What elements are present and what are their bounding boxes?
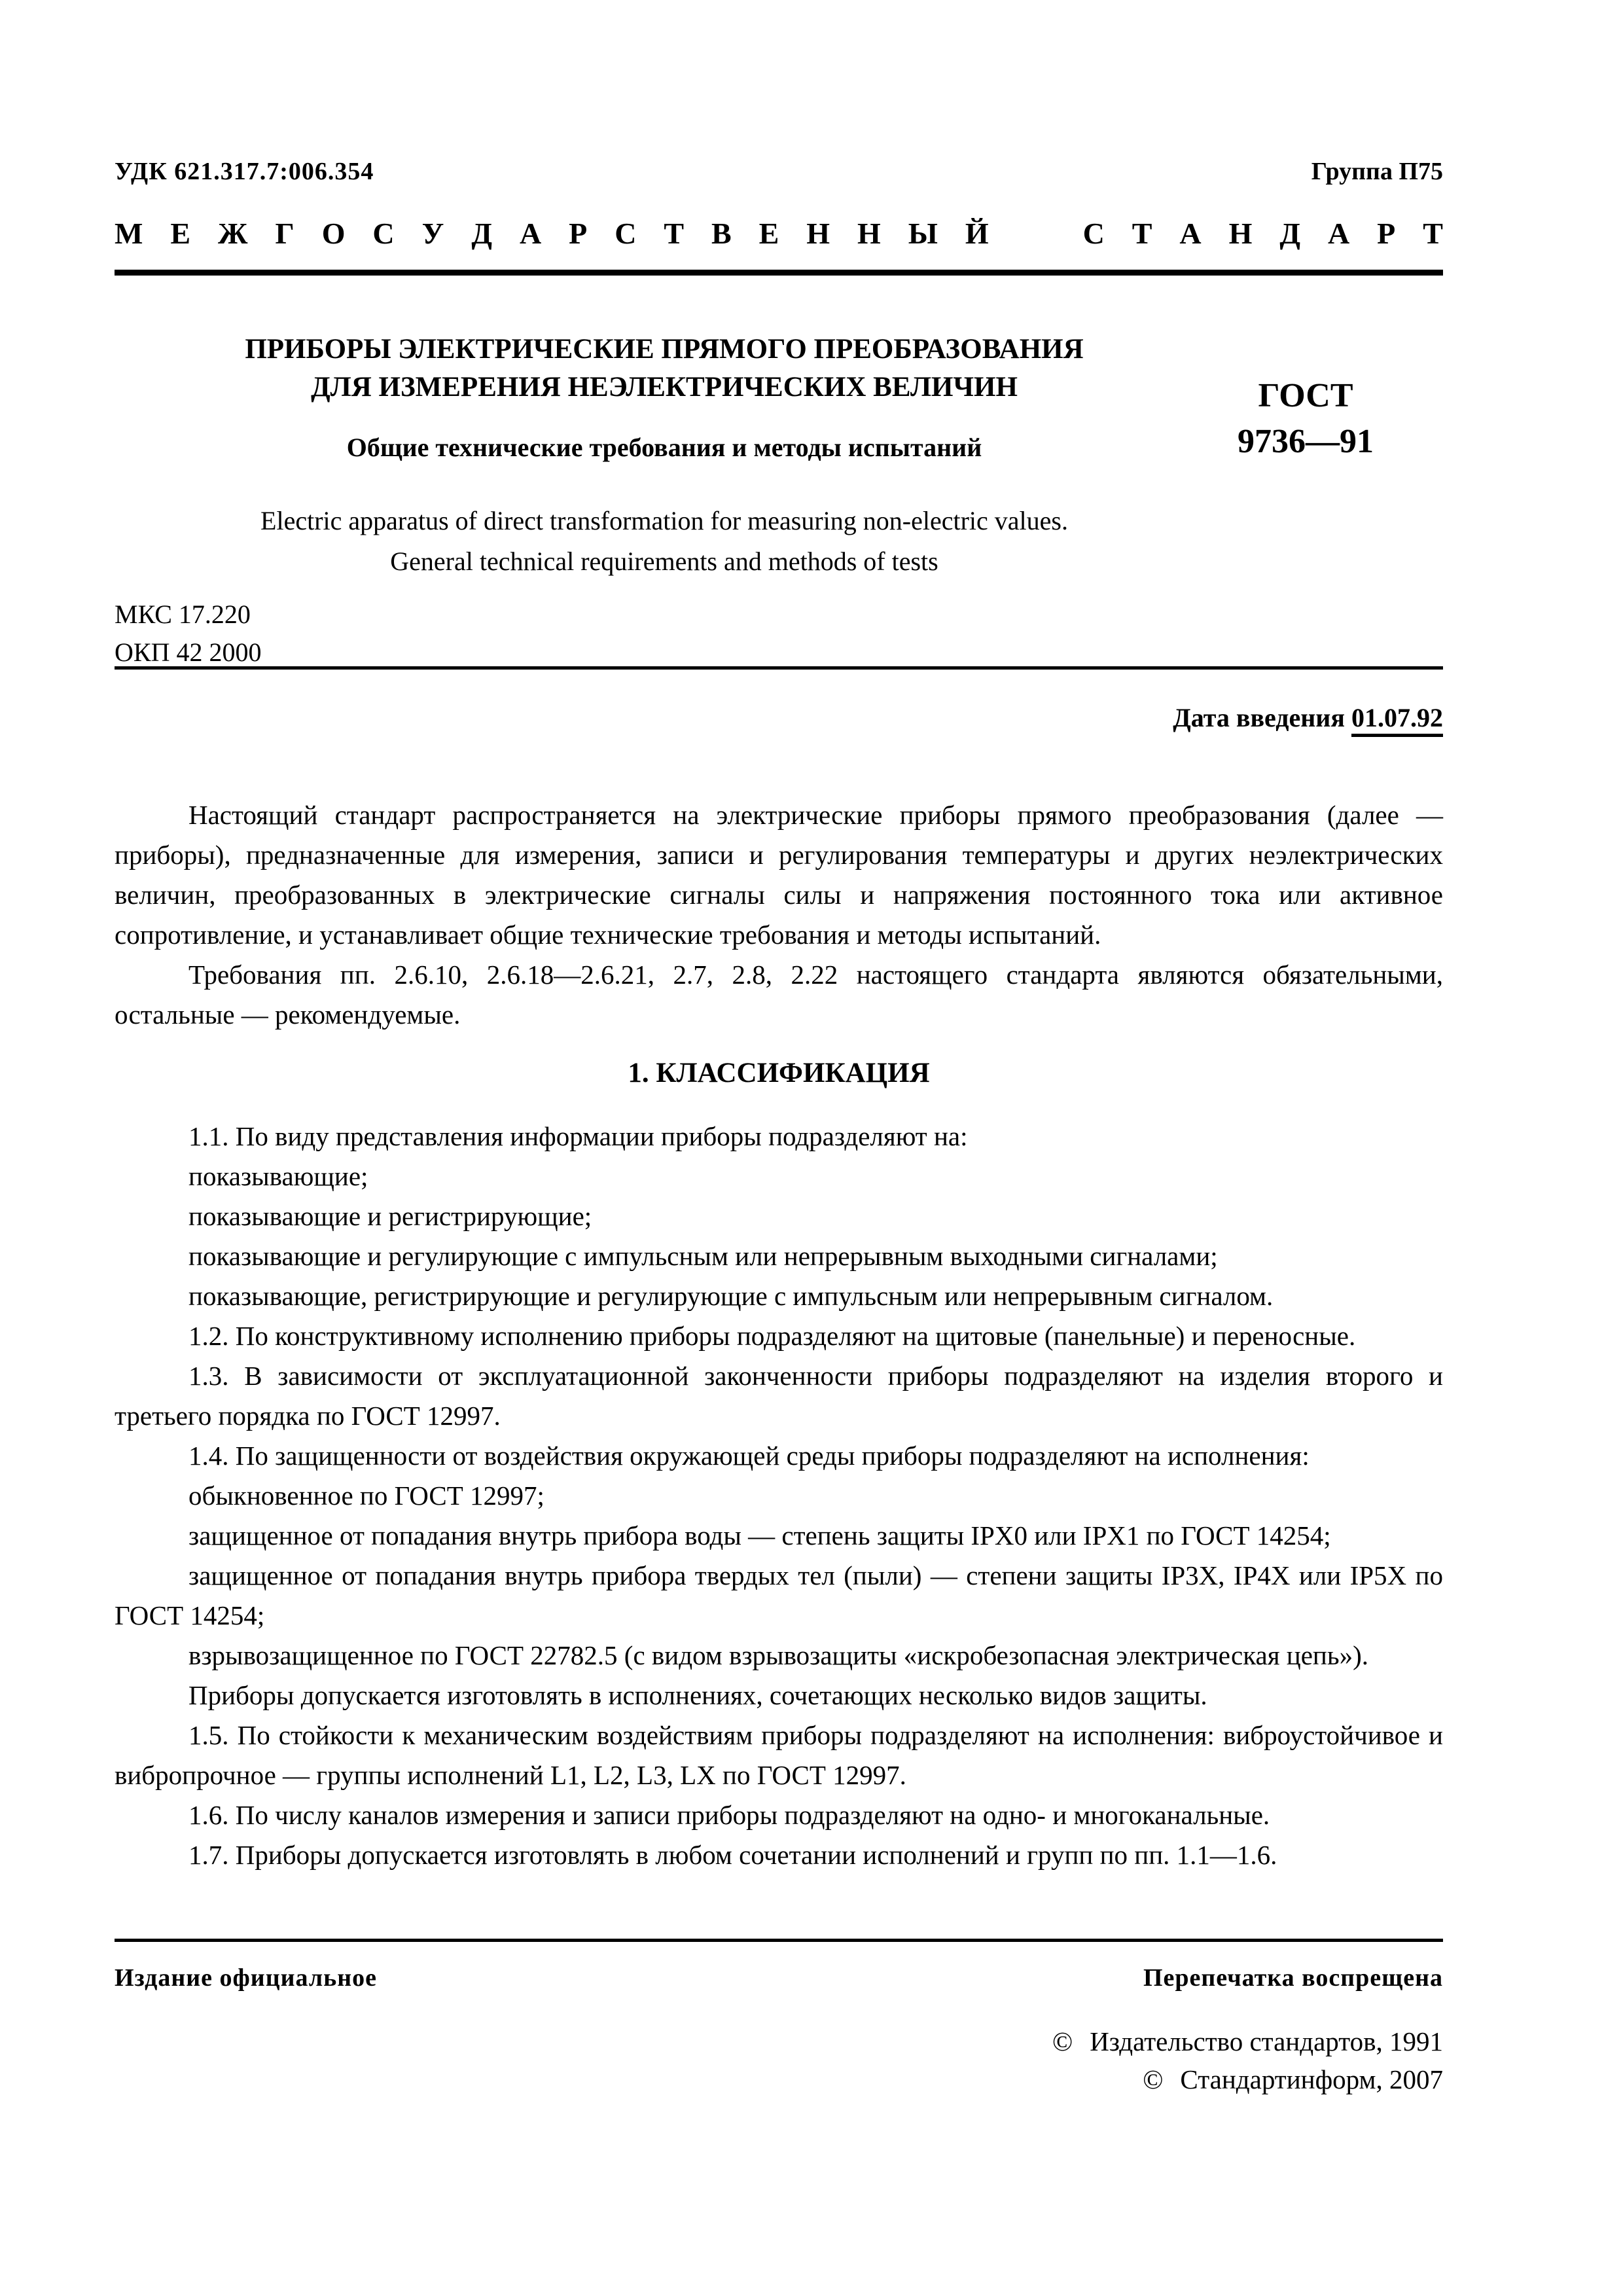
- clause-1-1-list: показывающие;показывающие и регистрирующ…: [115, 1157, 1443, 1316]
- banner-letter: Р: [569, 216, 587, 251]
- clause-1-3: 1.3. В зависимости от эксплуатационной з…: [115, 1356, 1443, 1436]
- gost-label: ГОСТ: [1181, 373, 1430, 419]
- copyright-line-1: ©Издательство стандартов, 1991: [1052, 2022, 1443, 2060]
- clause-1-2: 1.2. По конструктивному исполнению прибо…: [115, 1316, 1443, 1356]
- header-rule: [115, 270, 1443, 276]
- clause-1-7: 1.7. Приборы допускается изготовлять в л…: [115, 1835, 1443, 1875]
- list-item: Приборы допускается изготовлять в исполн…: [115, 1676, 1443, 1715]
- banner-letter: Д: [471, 216, 492, 251]
- title-line-2: ДЛЯ ИЗМЕРЕНИЯ НЕЭЛЕКТРИЧЕСКИХ ВЕЛИЧИН: [154, 368, 1175, 406]
- section-1-heading: 1. КЛАССИФИКАЦИЯ: [115, 1053, 1443, 1093]
- subtitle-english: Electric apparatus of direct transformat…: [154, 501, 1175, 582]
- copyright-block: ©Издательство стандартов, 1991 ©Стандарт…: [1052, 2022, 1443, 2098]
- introduction-date-label: Дата введения: [1173, 703, 1345, 732]
- title-line-1: ПРИБОРЫ ЭЛЕКТРИЧЕСКИЕ ПРЯМОГО ПРЕОБРАЗОВ…: [154, 331, 1175, 368]
- copyright-icon: ©: [1052, 2026, 1073, 2056]
- interstate-standard-banner: МЕЖГОСУДАРСТВЕННЫЙ СТАНДАРТ: [115, 216, 1443, 251]
- banner-letter: А: [1328, 216, 1349, 251]
- document-title: ПРИБОРЫ ЭЛЕКТРИЧЕСКИЕ ПРЯМОГО ПРЕОБРАЗОВ…: [154, 331, 1175, 406]
- clause-1-4-list: обыкновенное по ГОСТ 12997;защищенное от…: [115, 1476, 1443, 1715]
- udk-code: УДК 621.317.7:006.354: [115, 157, 374, 186]
- banner-letter: Т: [664, 216, 684, 251]
- introduction-date-value: 01.07.92: [1351, 703, 1443, 737]
- list-item: показывающие, регистрирующие и регулирую…: [115, 1276, 1443, 1316]
- banner-letter: Т: [1423, 216, 1443, 251]
- banner-letter: В: [711, 216, 732, 251]
- gost-designation: ГОСТ 9736—91: [1181, 373, 1430, 465]
- banner-letter: Ы: [908, 216, 938, 251]
- clause-1-4: 1.4. По защищенности от воздействия окру…: [115, 1436, 1443, 1476]
- clause-1-1: 1.1. По виду представления информации пр…: [115, 1117, 1443, 1157]
- banner-letter: Д: [1279, 216, 1300, 251]
- banner-letter: Ж: [218, 216, 247, 251]
- copyright-icon: ©: [1143, 2064, 1163, 2094]
- banner-letter: О: [322, 216, 346, 251]
- banner-letter: Е: [759, 216, 779, 251]
- official-edition-note: Издание официальное: [115, 1964, 377, 1992]
- banner-letter: Н: [1229, 216, 1253, 251]
- list-item: обыкновенное по ГОСТ 12997;: [115, 1476, 1443, 1516]
- banner-gap: [1016, 216, 1056, 251]
- banner-letter: Н: [857, 216, 881, 251]
- group-code: Группа П75: [1311, 157, 1443, 186]
- clause-1-6: 1.6. По числу каналов измерения и записи…: [115, 1795, 1443, 1835]
- banner-letter: Г: [275, 216, 294, 251]
- banner-letter: Е: [170, 216, 190, 251]
- clause-1-5: 1.5. По стойкости к механическим воздейс…: [115, 1715, 1443, 1795]
- copyright-2-text: Стандартинформ, 2007: [1180, 2064, 1443, 2094]
- banner-letter: С: [372, 216, 394, 251]
- banner-letter: У: [422, 216, 444, 251]
- banner-letter: Й: [965, 216, 989, 251]
- banner-letter: А: [1179, 216, 1201, 251]
- banner-letter: А: [520, 216, 541, 251]
- list-item: показывающие и регистрирующие;: [115, 1196, 1443, 1236]
- banner-letter: М: [115, 216, 143, 251]
- reprint-prohibited-note: Перепечатка воспрещена: [1143, 1964, 1443, 1992]
- document-body: Настоящий стандарт распространяется на э…: [115, 795, 1443, 1875]
- list-item: показывающие;: [115, 1157, 1443, 1196]
- banner-letter: Н: [806, 216, 830, 251]
- list-item: защищенное от попадания внутрь прибора в…: [115, 1516, 1443, 1556]
- introduction-date: Дата введения 01.07.92: [1173, 702, 1443, 733]
- subtitle-en-line-2: General technical requirements and metho…: [154, 541, 1175, 582]
- footer-rule: [115, 1939, 1443, 1942]
- banner-letter: Р: [1377, 216, 1395, 251]
- classification-codes: МКС 17.220 ОКП 42 2000: [115, 596, 261, 672]
- banner-letter: Т: [1132, 216, 1152, 251]
- gost-number: 9736—91: [1181, 419, 1430, 465]
- intro-paragraph-1: Настоящий стандарт распространяется на э…: [115, 795, 1443, 955]
- banner-letter: С: [1083, 216, 1105, 251]
- mks-code: МКС 17.220: [115, 596, 261, 634]
- list-item: показывающие и регулирующие с импульсным…: [115, 1236, 1443, 1276]
- banner-letter: С: [615, 216, 636, 251]
- list-item: защищенное от попадания внутрь прибора т…: [115, 1556, 1443, 1636]
- codes-rule: [115, 666, 1443, 670]
- copyright-1-text: Издательство стандартов, 1991: [1090, 2026, 1443, 2056]
- document-page: УДК 621.317.7:006.354 Группа П75 МЕЖГОСУ…: [115, 0, 1443, 2296]
- subtitle-en-line-1: Electric apparatus of direct transformat…: [154, 501, 1175, 541]
- intro-paragraph-2: Требования пп. 2.6.10, 2.6.18—2.6.21, 2.…: [115, 955, 1443, 1035]
- subtitle-russian: Общие технические требования и методы ис…: [154, 432, 1175, 463]
- list-item: взрывозащищенное по ГОСТ 22782.5 (с видо…: [115, 1636, 1443, 1676]
- copyright-line-2: ©Стандартинформ, 2007: [1052, 2060, 1443, 2098]
